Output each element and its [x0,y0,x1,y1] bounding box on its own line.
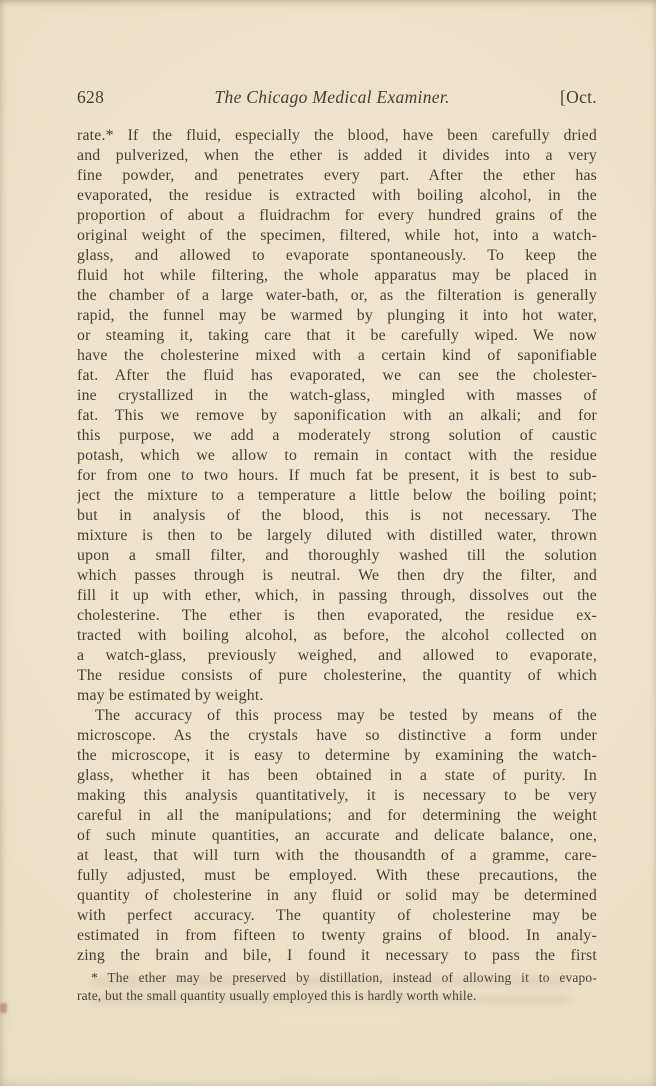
text-line: for from one to two hours. If much fat b… [77,466,597,486]
text-line: ine crystallized in the watch-glass, min… [77,386,597,406]
text-line: the microscope, it is easy to determine … [77,746,597,766]
text-line: at least, that will turn with the thousa… [77,846,597,866]
text-line: have the cholesterine mixed with a certa… [77,346,597,366]
text-line: original weight of the specimen, filtere… [77,226,597,246]
text-line: zing the brain and bile, I found it nece… [77,946,597,966]
footnote-line: * The ether may be preserved by distilla… [77,969,597,987]
text-line: fat. This we remove by saponification wi… [77,406,597,426]
scanned-journal-page: 628 The Chicago Medical Examiner. [Oct. … [0,0,656,1086]
text-line: mixture is then to be largely diluted wi… [77,526,597,546]
page-number: 628 [77,87,104,108]
footnote-line: rate, but the small quantity usually emp… [77,987,597,1005]
text-line: glass, whether it has been obtained in a… [77,766,597,786]
text-line: which passes through is neutral. We then… [77,566,597,586]
text-line: The accuracy of this process may be test… [77,706,597,726]
text-line: cholesterine. The ether is then evaporat… [77,606,597,626]
running-head: 628 The Chicago Medical Examiner. [Oct. [77,87,597,108]
text-line: but in analysis of the blood, this is no… [77,506,597,526]
text-line: may be estimated by weight. [77,686,597,706]
text-line: upon a small filter, and thoroughly wash… [77,546,597,566]
text-line: fluid hot while filtering, the whole app… [77,266,597,286]
text-line: fine powder, and penetrates every part. … [77,166,597,186]
text-line: quantity of cholesterine in any fluid or… [77,886,597,906]
text-line: proportion of about a fluidrachm for eve… [77,206,597,226]
issue-date: [Oct. [560,87,597,108]
body-text: rate.* If the fluid, especially the bloo… [77,126,597,966]
paragraph: The accuracy of this process may be test… [77,706,597,966]
text-line: this purpose, we add a moderately strong… [77,426,597,446]
text-line: rate.* If the fluid, especially the bloo… [77,126,597,146]
text-line: glass, and allowed to evaporate spontane… [77,246,597,266]
footnote: * The ether may be preserved by distilla… [77,969,597,1005]
text-line: evaporated, the residue is extracted wit… [77,186,597,206]
text-line: the chamber of a large water-bath, or, a… [77,286,597,306]
text-line: careful in all the manipulations; and fo… [77,806,597,826]
text-line: tracted with boiling alcohol, as before,… [77,626,597,646]
text-line: microscope. As the crystals have so dist… [77,726,597,746]
text-line: potash, which we allow to remain in cont… [77,446,597,466]
text-line: fully adjusted, must be employed. With t… [77,866,597,886]
text-line: or steaming it, taking care that it be c… [77,326,597,346]
text-line: of such minute quantities, an accurate a… [77,826,597,846]
text-line: fill it up with ether, which, in passing… [77,586,597,606]
paragraph: rate.* If the fluid, especially the bloo… [77,126,597,706]
text-line: and pulverized, when the ether is added … [77,146,597,166]
text-line: rapid, the funnel may be warmed by plung… [77,306,597,326]
text-line: The residue consists of pure cholesterin… [77,666,597,686]
text-line: with perfect accuracy. The quantity of c… [77,906,597,926]
page-edge-mark [0,1003,7,1013]
text-line: estimated in from fifteen to twenty grai… [77,926,597,946]
journal-title: The Chicago Medical Examiner. [214,87,449,108]
text-line: fat. After the fluid has evaporated, we … [77,366,597,386]
text-line: a watch-glass, previously weighed, and a… [77,646,597,666]
text-line: making this analysis quantitatively, it … [77,786,597,806]
text-line: ject the mixture to a temperature a litt… [77,486,597,506]
